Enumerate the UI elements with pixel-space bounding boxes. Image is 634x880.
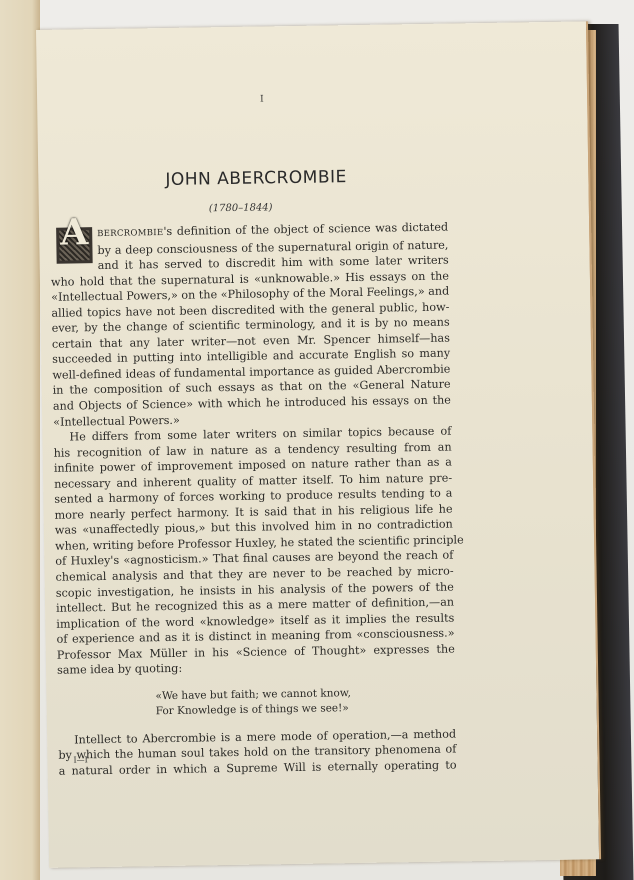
- chapter-number: I: [260, 94, 264, 104]
- page-title: JOHN ABERCROMBIE: [165, 167, 347, 190]
- signature-mark: I—I: [73, 755, 87, 764]
- book-page: I JOHN ABERCROMBIE (1780–1844) A BERCROM…: [36, 21, 601, 868]
- left-page-edge: [0, 0, 40, 880]
- body-text: A BERCROMBIE's definition of the object …: [50, 220, 457, 780]
- life-dates: (1780–1844): [209, 202, 273, 214]
- decorative-drop-cap-icon: A: [56, 227, 93, 264]
